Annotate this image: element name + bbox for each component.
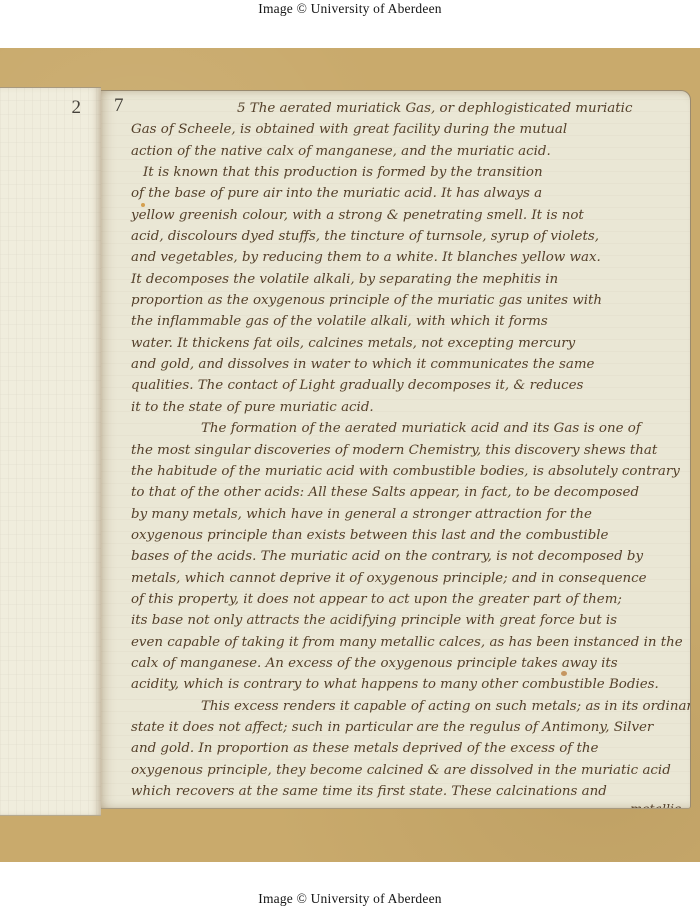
page-number-right: 7: [114, 95, 124, 117]
manuscript-scan-photo: 2 7 5 The aerated muriatick Gas, or deph…: [0, 48, 700, 862]
manuscript-line: state it does not affect; such in partic…: [131, 717, 687, 738]
manuscript-line: of the base of pure air into the muriati…: [131, 183, 687, 204]
right-page: 7 5 The aerated muriatick Gas, or dephlo…: [101, 90, 691, 809]
manuscript-line: of this property, it does not appear to …: [131, 589, 687, 610]
manuscript-line: The formation of the aerated muriatick a…: [131, 418, 687, 439]
manuscript-line: acid, discolours dyed stuffs, the tinctu…: [131, 226, 687, 247]
manuscript-line: Gas of Scheele, is obtained with great f…: [131, 119, 687, 140]
manuscript-line: and gold, and dissolves in water to whic…: [131, 354, 687, 375]
page-root: { "captions": { "top": "Image © Universi…: [0, 0, 700, 910]
left-page-edge: 2: [0, 87, 101, 816]
manuscript-line: qualities. The contact of Light graduall…: [131, 375, 687, 396]
manuscript-line: It decomposes the volatile alkali, by se…: [131, 269, 687, 290]
manuscript-text: 5 The aerated muriatick Gas, or dephlogi…: [131, 98, 687, 809]
manuscript-line: even capable of taking it from many meta…: [131, 632, 687, 653]
manuscript-line: its base not only attracts the acidifyin…: [131, 610, 687, 631]
foxing-spot: [141, 203, 145, 207]
manuscript-line: and gold. In proportion as these metals …: [131, 738, 687, 759]
manuscript-line: and vegetables, by reducing them to a wh…: [131, 247, 687, 268]
manuscript-line: the habitude of the muriatic acid with c…: [131, 461, 687, 482]
manuscript-line: It is known that this production is form…: [131, 162, 687, 183]
manuscript-line: oxygenous principle, they become calcine…: [131, 760, 687, 781]
page-number-left: 2: [72, 97, 82, 119]
manuscript-line: water. It thickens fat oils, calcines me…: [131, 333, 687, 354]
manuscript-line: action of the native calx of manganese, …: [131, 141, 687, 162]
manuscript-line: the inflammable gas of the volatile alka…: [131, 311, 687, 332]
manuscript-line: acidity, which is contrary to what happe…: [131, 674, 687, 695]
manuscript-line: bases of the acids. The muriatic acid on…: [131, 546, 687, 567]
manuscript-line: calx of manganese. An excess of the oxyg…: [131, 653, 687, 674]
manuscript-line: by many metals, which have in general a …: [131, 504, 687, 525]
copyright-caption-top: Image © University of Aberdeen: [0, 1, 700, 17]
manuscript-line: metals, which cannot deprive it of oxyge…: [131, 568, 687, 589]
foxing-spot: [561, 671, 567, 676]
manuscript-line: This excess renders it capable of acting…: [131, 696, 687, 717]
manuscript-line: yellow greenish colour, with a strong & …: [131, 205, 687, 226]
manuscript-line: 5 The aerated muriatick Gas, or dephlogi…: [131, 98, 687, 119]
manuscript-line: to that of the other acids: All these Sa…: [131, 482, 687, 503]
manuscript-line: it to the state of pure muriatic acid.: [131, 397, 687, 418]
copyright-caption-bottom: Image © University of Aberdeen: [0, 891, 700, 907]
manuscript-lines: 5 The aerated muriatick Gas, or dephlogi…: [131, 98, 687, 802]
manuscript-line: the most singular discoveries of modern …: [131, 440, 687, 461]
manuscript-line: which recovers at the same time its firs…: [131, 781, 687, 802]
manuscript-line: oxygenous principle than exists between …: [131, 525, 687, 546]
manuscript-line: proportion as the oxygenous principle of…: [131, 290, 687, 311]
